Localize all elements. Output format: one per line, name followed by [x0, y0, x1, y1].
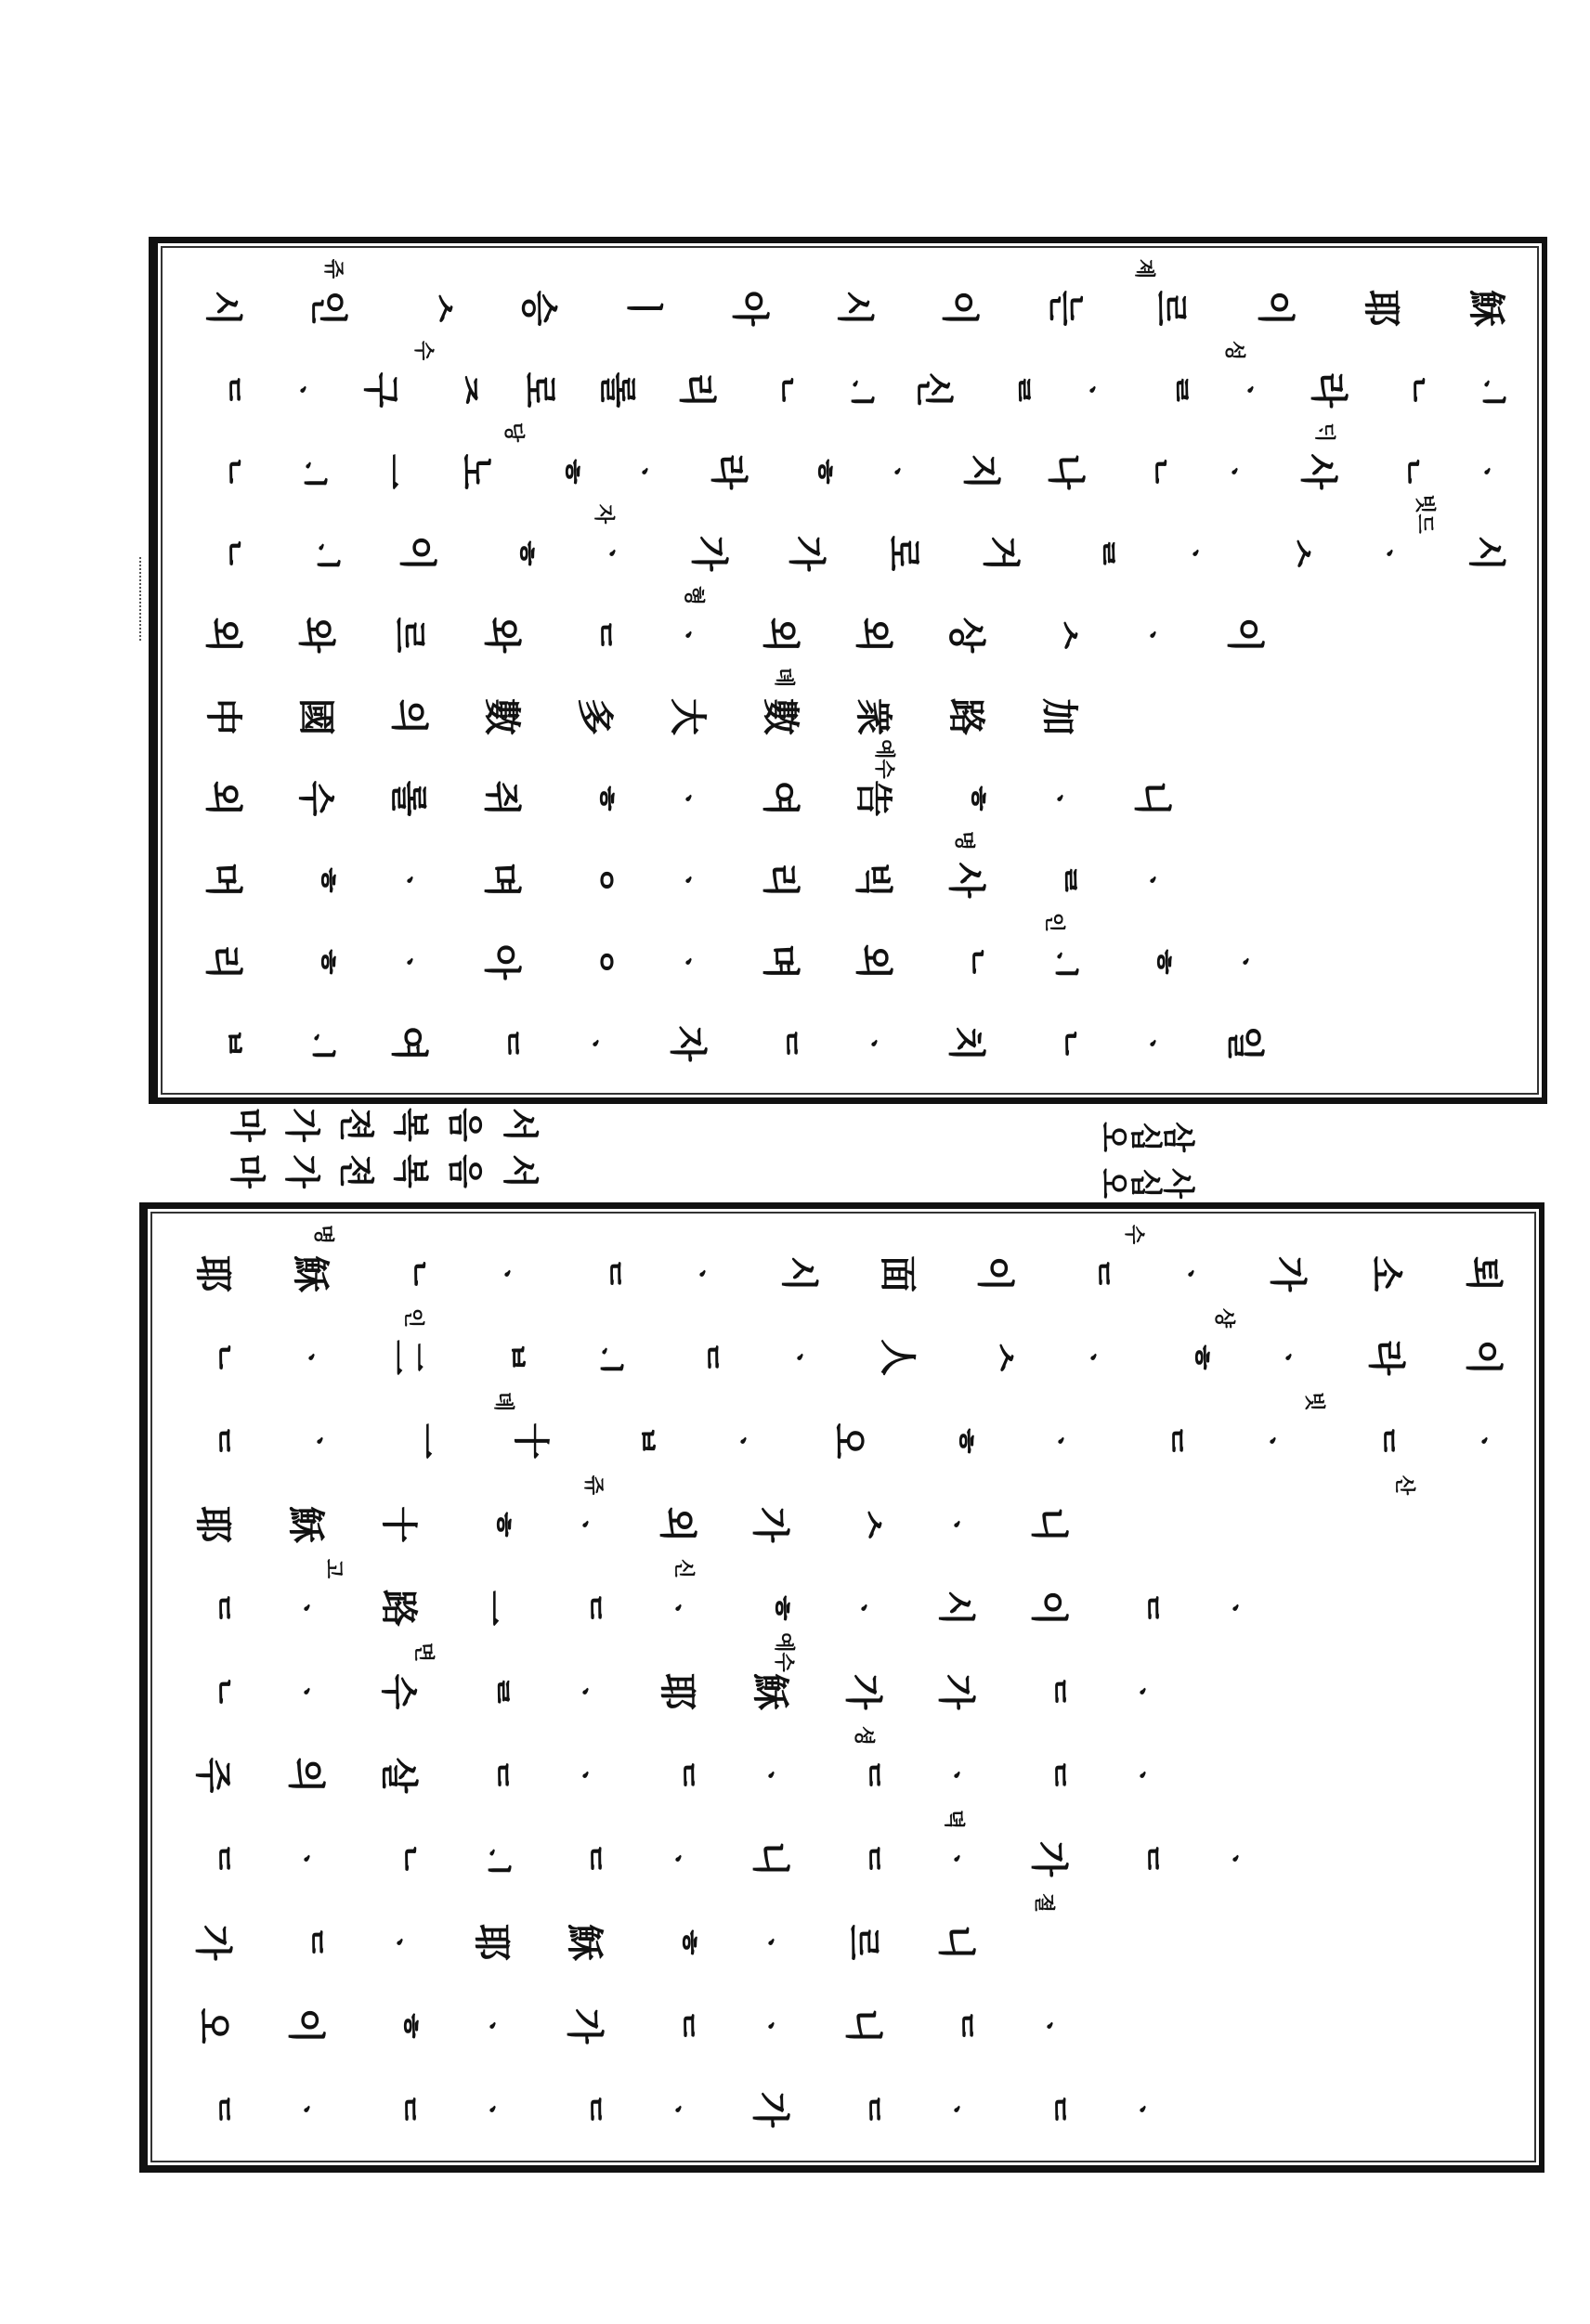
- glyph: 여: [381, 1016, 437, 1071]
- glyph: 耶: [185, 1246, 241, 1302]
- glyph: ᆞ: [1032, 1413, 1088, 1469]
- glyph: 사: [1158, 1168, 1204, 1199]
- glyph: ᄂ: [380, 1246, 436, 1302]
- glyph: 一: [463, 1580, 519, 1636]
- glyph: ᄃ: [185, 1413, 241, 1469]
- glyph: 지: [953, 444, 1009, 500]
- glyph: ᄃ: [567, 607, 622, 663]
- lower-text-columns: 耶穌ᄂᆞᄃᆞ시面이ᄃᆞ가소퇴ᄂᆞ二ᄇᆡᄃᆞ人ᄉᆞᄒᆞ라이ᄃᆞ一十ᄇᆞ오ᄒᆞᄃᆞᄃ…: [185, 1209, 1511, 2165]
- glyph: ᆞ: [1162, 1246, 1218, 1302]
- ruby-annotation: 수: [411, 341, 439, 360]
- glyph: ᆞ: [742, 1915, 798, 1970]
- glyph: 가: [742, 2082, 798, 2137]
- ruby-annotation: 졀: [1031, 1893, 1060, 1913]
- glyph: ᄂ: [185, 1664, 241, 1720]
- glyph: 는: [1037, 280, 1093, 336]
- glyph: 수: [371, 1664, 426, 1720]
- glyph: 數: [474, 689, 529, 745]
- ruby-annotation: 형: [681, 586, 710, 605]
- glyph: ᄃ: [752, 1016, 808, 1071]
- glyph: 사: [938, 852, 994, 908]
- glyph: ᄉ: [1264, 526, 1320, 581]
- glyph: ᆞ: [1244, 1413, 1299, 1469]
- glyph: 가: [742, 1497, 798, 1552]
- glyph: 中: [195, 689, 251, 745]
- glyph: ᆞ: [659, 934, 715, 990]
- glyph: ᄃ: [474, 1016, 529, 1071]
- glyph: ᄃ: [185, 1580, 241, 1636]
- glyph: ᄇ: [195, 1016, 251, 1071]
- ruby-annotation: 쥬: [580, 1475, 609, 1495]
- glyph: ᄂ: [195, 526, 251, 581]
- glyph: 이: [389, 526, 445, 581]
- glyph: ᄃ: [1064, 1246, 1120, 1302]
- glyph: ᆞ: [1064, 1330, 1120, 1385]
- glyph: 이: [1247, 280, 1303, 336]
- glyph: 이: [1217, 607, 1272, 663]
- glyph: ᄃ: [556, 1831, 612, 1887]
- glyph: 穌: [278, 1497, 333, 1552]
- glyph: ᄌ: [432, 362, 488, 418]
- glyph: ᄂ: [1121, 444, 1177, 500]
- glyph: ᄃ: [1021, 2082, 1076, 2137]
- text-column: 시인ᄉ승ㅣ아시이는르이耶穌: [195, 280, 1514, 336]
- glyph: 이: [278, 1998, 333, 2054]
- glyph: 穌: [282, 1246, 338, 1302]
- glyph: ᆞ: [1124, 1016, 1179, 1071]
- glyph: ᄋ: [567, 852, 622, 908]
- glyph: ᆞ: [1455, 1413, 1511, 1469]
- glyph: ᆡ: [280, 444, 335, 500]
- glyph: ᄅ: [1031, 852, 1087, 908]
- glyph: ᄒ: [785, 444, 841, 500]
- glyph: 가: [928, 1664, 984, 1720]
- glyph: ᄅ: [463, 1664, 519, 1720]
- glyph: ᄃ: [463, 1747, 519, 1803]
- glyph: ᄂ: [1379, 362, 1435, 418]
- text-column: ᄂᆞ수ᄅᆞ耶穌가가ᄃᆞ: [185, 1664, 1511, 1720]
- glyph: 젼: [333, 1154, 384, 1209]
- ruby-annotation: 빗: [1301, 1392, 1330, 1411]
- glyph: ᄒ: [1124, 934, 1179, 990]
- running-header-title-1: 마가젼복음서: [223, 1110, 550, 1161]
- glyph: ᄃ: [371, 2082, 426, 2137]
- glyph: ᄅ: [984, 362, 1040, 418]
- ruby-annotation: 예수: [871, 739, 900, 779]
- glyph: 니: [928, 1915, 984, 1970]
- glyph: ᆞ: [1124, 607, 1179, 663]
- glyph: ᄒ: [1162, 1330, 1218, 1385]
- glyph: ᄒ: [487, 526, 542, 581]
- glyph: ᄒ: [649, 1915, 705, 1970]
- ruby-annotation: 쥬: [320, 259, 349, 279]
- ruby-annotation: 뎍: [941, 1810, 970, 1829]
- glyph: 穌: [1458, 280, 1514, 336]
- glyph: 十: [371, 1497, 426, 1552]
- running-header-title-2: 마가젼복음서: [223, 1156, 550, 1207]
- ruby-annotation: 신: [671, 1559, 699, 1578]
- text-column: 리ᄒᆞ아ᄋᆞ며외ᄂᆡᄒᆞ: [195, 934, 1514, 990]
- glyph: 외: [752, 607, 808, 663]
- glyph: ᆞ: [1206, 444, 1261, 500]
- glyph: ᄃ: [1138, 1413, 1193, 1469]
- glyph: 數: [752, 689, 808, 745]
- glyph: ᄃ: [1021, 1747, 1076, 1803]
- ruby-annotation: 명: [310, 1225, 339, 1244]
- glyph: 耶: [1353, 280, 1409, 336]
- glyph: ᄃ: [673, 1330, 729, 1385]
- glyph: 서: [497, 1154, 548, 1209]
- glyph: 衆: [845, 689, 901, 745]
- glyph: 복: [388, 1154, 439, 1209]
- glyph: ᆞ: [381, 852, 437, 908]
- glyph: ᄉ: [835, 1497, 891, 1552]
- glyph: 라: [1300, 362, 1356, 418]
- ruby-annotation: 고: [320, 1559, 349, 1578]
- glyph: ᆡ: [576, 1330, 632, 1385]
- glyph: 路: [938, 689, 994, 745]
- text-column: ᄂᆡ이ᄒᆞ가가로거ᄅᆞᄉᆞ시: [195, 526, 1514, 581]
- glyph: ᆞ: [274, 362, 330, 418]
- glyph: ᆞ: [1124, 852, 1179, 908]
- lower-text-frame: 耶穌ᄂᆞᄃᆞ시面이ᄃᆞ가소퇴ᄂᆞ二ᄇᆡᄃᆞ人ᄉᆞᄒᆞ라이ᄃᆞ一十ᄇᆞ오ᄒᆞᄃᆞᄃ…: [139, 1202, 1544, 2173]
- ruby-annotation: 당: [501, 422, 529, 442]
- text-column: ᄂᆡ一노ᄒᆞ라ᄒᆞ지나ᄂᆞ사ᄂᆞ: [195, 444, 1514, 500]
- glyph: 라: [700, 444, 756, 500]
- glyph: ᆞ: [928, 1747, 984, 1803]
- glyph: ᆞ: [649, 1831, 705, 1887]
- glyph: ᄃ: [278, 1915, 333, 1970]
- glyph: 와: [288, 607, 344, 663]
- glyph: 상: [938, 607, 994, 663]
- text-column: 가ᄃᆞ耶穌ᄒᆞ르니: [185, 1915, 1511, 1970]
- glyph: ᆞ: [463, 1998, 519, 2054]
- glyph: ㅣ: [616, 280, 671, 336]
- glyph: ᆞ: [371, 1915, 426, 1970]
- glyph: ᄅ: [1069, 526, 1125, 581]
- glyph: ᄂ: [371, 1831, 426, 1887]
- glyph: ᆡ: [463, 1831, 519, 1887]
- glyph: ᄂ: [1374, 444, 1429, 500]
- glyph: 머: [195, 852, 251, 908]
- glyph: ᆞ: [742, 1747, 798, 1803]
- glyph: ᆞ: [1259, 1330, 1315, 1385]
- glyph: ᄃ: [1021, 1664, 1076, 1720]
- glyph: 리: [669, 362, 724, 418]
- glyph: ᆞ: [278, 1664, 333, 1720]
- glyph: ᆞ: [1114, 2082, 1169, 2137]
- glyph: ᆞ: [463, 2082, 519, 2137]
- glyph: 구: [353, 362, 409, 418]
- glyph: ᄃ: [195, 362, 251, 418]
- glyph: 치: [938, 1016, 994, 1071]
- glyph: 로: [875, 526, 931, 581]
- glyph: 가: [556, 1998, 612, 2054]
- glyph: 시: [827, 280, 882, 336]
- glyph: 라: [1358, 1330, 1414, 1385]
- glyph: 穌: [556, 1915, 612, 1970]
- glyph: 자: [659, 1016, 715, 1071]
- ruby-annotation: 샹: [1211, 1308, 1240, 1328]
- glyph: 加: [1031, 689, 1087, 745]
- ruby-annotation: 성: [1221, 341, 1250, 360]
- glyph: ᆡ: [288, 1016, 344, 1071]
- glyph: ᄃ: [928, 1998, 984, 2054]
- glyph: 시: [1458, 526, 1514, 581]
- glyph: ᄃ: [185, 1831, 241, 1887]
- ruby-annotation: 예수: [771, 1632, 800, 1672]
- ruby-annotation: 명: [951, 831, 980, 850]
- glyph: ᄃ: [835, 1747, 891, 1803]
- glyph: ᄇ: [478, 1330, 534, 1385]
- glyph: 롤: [590, 362, 645, 418]
- glyph: 니: [742, 1831, 798, 1887]
- glyph: ᄒ: [938, 771, 994, 826]
- glyph: ᆞ: [1206, 1831, 1262, 1887]
- glyph: 이: [1455, 1330, 1511, 1385]
- ruby-annotation: 셩: [851, 1726, 880, 1746]
- glyph: 며: [474, 852, 529, 908]
- glyph: 二: [380, 1330, 436, 1385]
- glyph: ᄒ: [371, 1998, 426, 2054]
- glyph: 가: [1259, 1246, 1315, 1302]
- glyph: ᄂ: [748, 362, 803, 418]
- glyph: 니: [1124, 771, 1179, 826]
- glyph: ᄃ: [1349, 1413, 1405, 1469]
- glyph: 쥐: [474, 771, 529, 826]
- glyph: 여: [752, 771, 808, 826]
- glyph: 가: [280, 1154, 331, 1209]
- ruby-annotation: 뎨: [490, 1392, 519, 1411]
- glyph: ᆡ: [827, 362, 882, 418]
- glyph: ᆞ: [659, 771, 715, 826]
- glyph: 오: [185, 1998, 241, 2054]
- glyph: 一: [397, 1413, 452, 1469]
- glyph: ᆞ: [835, 1580, 891, 1636]
- glyph: 사: [1290, 444, 1346, 500]
- text-column: 주의살ᄃᆞᄃᆞᄃᆞᄃᆞ: [185, 1747, 1511, 1803]
- glyph: 의: [381, 689, 437, 745]
- ruby-annotation: 인: [400, 1308, 429, 1328]
- glyph: ᄋ: [567, 934, 622, 990]
- glyph: 耶: [649, 1664, 705, 1720]
- glyph: 외: [649, 1497, 705, 1552]
- glyph: ᆞ: [1021, 1998, 1076, 2054]
- glyph: ᆞ: [1206, 1580, 1262, 1636]
- glyph: 가: [185, 1915, 241, 1970]
- text-column: ᄃᆞᄃᆞᄃᆞ가ᄃᆞᄃᆞ: [185, 2082, 1511, 2137]
- glyph: ᄒ: [926, 1413, 982, 1469]
- glyph: ᄂ: [195, 444, 251, 500]
- ruby-annotation: ᄃᆡ: [1311, 422, 1340, 442]
- glyph: ᄃ: [1114, 1831, 1169, 1887]
- glyph: ᆞ: [381, 934, 437, 990]
- glyph: ᆞ: [478, 1246, 534, 1302]
- glyph: 빅: [845, 852, 901, 908]
- glyph: ᆞ: [1114, 1664, 1169, 1720]
- glyph: ᆞ: [1217, 934, 1272, 990]
- glyph: 오: [820, 1413, 876, 1469]
- text-column: 中國의數多大數衆路加: [195, 689, 1514, 745]
- glyph: ᆞ: [291, 1413, 346, 1469]
- glyph: 음: [443, 1154, 494, 1209]
- glyph: 아: [722, 280, 777, 336]
- glyph: 니: [835, 1998, 891, 2054]
- glyph: ᄒ: [288, 934, 344, 990]
- glyph: ᆞ: [278, 1580, 333, 1636]
- glyph: ᆞ: [659, 852, 715, 908]
- ruby-annotation: 뎨: [771, 668, 800, 687]
- text-column: ᄂᆞ二ᄇᆡᄃᆞ人ᄉᆞᄒᆞ라이: [185, 1330, 1511, 1385]
- glyph: ᄉ: [1031, 607, 1087, 663]
- glyph: ᆞ: [282, 1330, 338, 1385]
- ruby-annotation: 수: [1121, 1225, 1150, 1244]
- glyph: 國: [288, 689, 344, 745]
- glyph: ᆞ: [583, 526, 639, 581]
- glyph: ᆞ: [278, 1831, 333, 1887]
- glyph: 니: [1021, 1497, 1076, 1552]
- text-column: 오이ᄒᆞ가ᄃᆞ니ᄃᆞ: [185, 1998, 1511, 2054]
- glyph: ᄒ: [567, 771, 622, 826]
- glyph: ᆞ: [649, 2082, 705, 2137]
- glyph: 외: [195, 771, 251, 826]
- glyph: ᄉ: [406, 280, 462, 336]
- glyph: 살: [371, 1747, 426, 1803]
- glyph: 路: [371, 1580, 426, 1636]
- upper-text-columns: 시인ᄉ승ㅣ아시이는르이耶穌ᄃᆞ구ᄌ로롤리ᄂᆡ신ᄅᆞᄅᆞ라ᄂᆡᄂᆡ一노ᄒᆞ라ᄒᆞ지…: [195, 243, 1514, 1097]
- text-column: 耶穌十ᄒᆞ외가ᄉᆞ니: [185, 1497, 1511, 1552]
- glyph: 일: [1217, 1016, 1272, 1071]
- glyph: ᆞ: [714, 1413, 770, 1469]
- glyph: 多: [567, 689, 622, 745]
- glyph: 이: [932, 280, 987, 336]
- glyph: 마: [225, 1154, 276, 1209]
- glyph: 르: [835, 1915, 891, 1970]
- glyph: ᆞ: [567, 1016, 622, 1071]
- ruby-annotation: 인: [1041, 913, 1070, 932]
- glyph: 외: [195, 607, 251, 663]
- glyph: ᄃ: [1114, 1580, 1169, 1636]
- glyph: 시: [195, 280, 251, 336]
- ruby-annotation: 면: [411, 1642, 439, 1662]
- glyph: 耶: [185, 1497, 241, 1552]
- glyph: 수: [288, 771, 344, 826]
- text-column: ᄇᆡ여ᄃᆞ자ᄃᆞ치ᄂᆞ일: [195, 1016, 1514, 1071]
- glyph: ᆞ: [649, 1580, 705, 1636]
- glyph: 소: [1358, 1246, 1414, 1302]
- glyph: 大: [659, 689, 715, 745]
- glyph: 외: [845, 934, 901, 990]
- glyph: ᄒ: [532, 444, 588, 500]
- glyph: ᆞ: [928, 1831, 984, 1887]
- glyph: ᆞ: [556, 1497, 612, 1552]
- glyph: 주: [185, 1747, 241, 1803]
- text-column: 머ᄒᆞ며ᄋᆞ리빅사ᄅᆞ: [195, 852, 1514, 908]
- glyph: ᄉ: [967, 1330, 1023, 1385]
- glyph: 퇴: [1455, 1246, 1511, 1302]
- glyph: ᆞ: [278, 2082, 333, 2137]
- glyph: ᆞ: [659, 607, 715, 663]
- ruby-annotation: 졔: [1131, 259, 1160, 279]
- glyph: ᆞ: [1221, 362, 1277, 418]
- glyph: 르: [1142, 280, 1198, 336]
- text-column: 외수롤쥐ᄒᆞ여告ᄒᆞ니: [195, 771, 1514, 826]
- ruby-annotation: 산: [1391, 1475, 1420, 1495]
- glyph: ᄃ: [185, 2082, 241, 2137]
- glyph: 신: [906, 362, 961, 418]
- glyph: ᆞ: [1458, 444, 1514, 500]
- glyph: 가: [1021, 1831, 1076, 1887]
- glyph: ᆞ: [1361, 526, 1416, 581]
- glyph: ᆞ: [556, 1664, 612, 1720]
- text-column: ᄃᆞ一十ᄇᆞ오ᄒᆞᄃᆞᄃᆞ: [185, 1413, 1511, 1469]
- glyph: ᆞ: [556, 1747, 612, 1803]
- glyph: 面: [869, 1246, 925, 1302]
- glyph: ᄃ: [835, 2082, 891, 2137]
- glyph: ᆞ: [1063, 362, 1119, 418]
- glyph: ᄒ: [742, 1580, 798, 1636]
- glyph: ᄃ: [556, 2082, 612, 2137]
- glyph: ᄃ: [576, 1246, 632, 1302]
- glyph: ᆞ: [616, 444, 671, 500]
- glyph: 人: [869, 1330, 925, 1385]
- glyph: 외: [845, 607, 901, 663]
- glyph: 로: [511, 362, 567, 418]
- glyph: ᄂ: [938, 934, 994, 990]
- glyph: ᆡ: [293, 526, 348, 581]
- glyph: 가: [778, 526, 834, 581]
- glyph: 롤: [381, 771, 437, 826]
- page-label-1: 오십삼: [1101, 1114, 1198, 1160]
- glyph: ᄂ: [185, 1330, 241, 1385]
- glyph: ᆞ: [845, 1016, 901, 1071]
- glyph: ᆡ: [1031, 934, 1087, 990]
- upper-text-frame: 시인ᄉ승ㅣ아시이는르이耶穌ᄃᆞ구ᄌ로롤리ᄂᆡ신ᄅᆞᄅᆞ라ᄂᆡᄂᆡ一노ᄒᆞ라ᄒᆞ지…: [149, 237, 1547, 1104]
- glyph: 十: [502, 1413, 558, 1469]
- glyph: ᆞ: [673, 1246, 729, 1302]
- ruby-annotation: 자: [591, 504, 619, 524]
- glyph: 며: [752, 934, 808, 990]
- glyph: ᆞ: [1031, 771, 1087, 826]
- text-column: ᄃᆞ구ᄌ로롤리ᄂᆡ신ᄅᆞᄅᆞ라ᄂᆡ: [195, 362, 1514, 418]
- glyph: 가: [681, 526, 736, 581]
- glyph: ᆞ: [868, 444, 924, 500]
- glyph: ᄒ: [463, 1497, 519, 1552]
- glyph: 의: [278, 1747, 333, 1803]
- glyph: ᄃ: [835, 1831, 891, 1887]
- text-column: ᄃᆞᄂᆡᄃᆞ니ᄃᆞ가ᄃᆞ: [185, 1831, 1511, 1887]
- glyph: 와: [474, 607, 529, 663]
- glyph: ᄅ: [1142, 362, 1198, 418]
- glyph: 삼: [1158, 1122, 1204, 1152]
- glyph: 나: [1037, 444, 1093, 500]
- page-label-2: 오십사: [1101, 1161, 1198, 1206]
- glyph: 리: [195, 934, 251, 990]
- glyph: 리: [752, 852, 808, 908]
- text-column: 외와르와ᄃᆞ외외상ᄉᆞ이: [195, 607, 1514, 663]
- glyph: 이: [1021, 1580, 1076, 1636]
- glyph: 시: [771, 1246, 827, 1302]
- glyph: 승: [511, 280, 567, 336]
- glyph: ᆞ: [1166, 526, 1222, 581]
- glyph: ᄃ: [556, 1580, 612, 1636]
- glyph: ᄃ: [649, 1747, 705, 1803]
- glyph: ᆞ: [928, 1497, 984, 1552]
- glyph: 인: [300, 280, 356, 336]
- glyph: 이: [967, 1246, 1023, 1302]
- glyph: 耶: [463, 1915, 519, 1970]
- glyph: ᆞ: [771, 1330, 827, 1385]
